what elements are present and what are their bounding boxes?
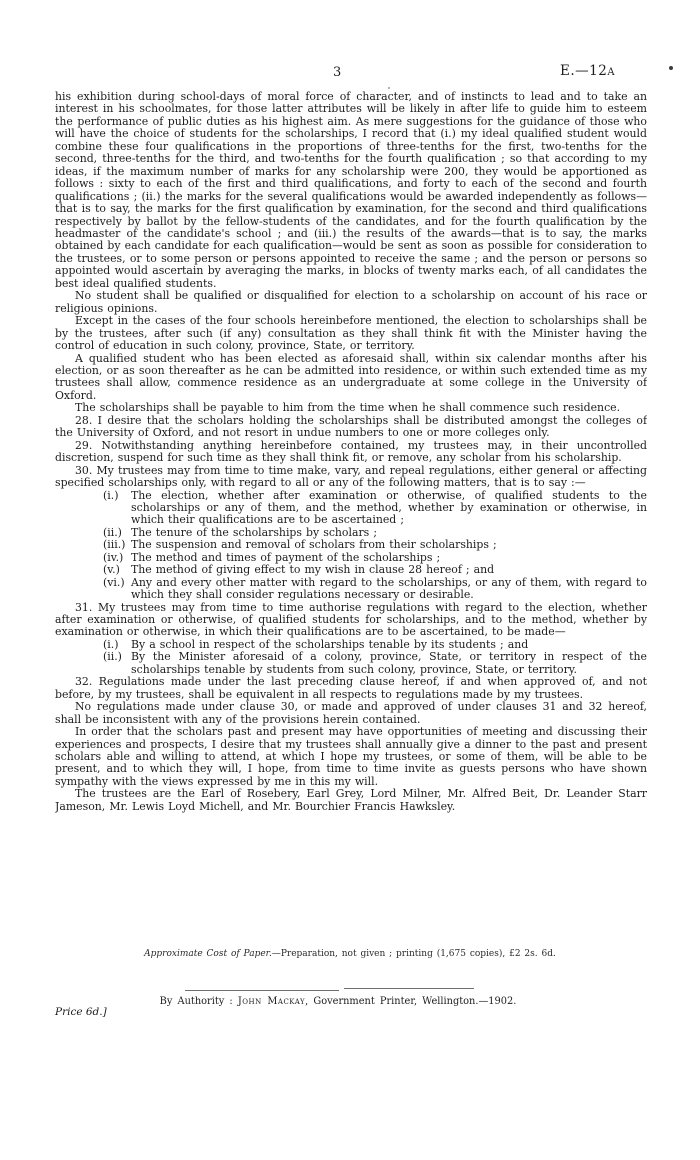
clause-text: The election, whether after examination … — [131, 489, 647, 527]
clause-numeral: (vi.) — [103, 577, 131, 589]
clause-numeral: (iii.) — [103, 539, 131, 551]
paragraph-clause-32: 32. Regulations made under the last prec… — [55, 676, 647, 701]
clause-text: The method and times of payment of the s… — [131, 551, 440, 564]
clause-text: By the Minister aforesaid of a colony, p… — [131, 650, 647, 675]
clause-text: By a school in respect of the scholarshi… — [131, 638, 528, 651]
paragraph-trustees: The trustees are the Earl of Rosebery, E… — [55, 788, 647, 813]
paragraph: his exhibition during school-days of mor… — [55, 91, 647, 290]
price-note: Price 6d.] — [55, 1006, 107, 1018]
imprint-rule-left — [185, 990, 339, 991]
cost-of-paper-note: Approximate Cost of Paper.—Preparation, … — [0, 949, 700, 959]
clause-numeral: (v.) — [103, 564, 131, 576]
body-text: his exhibition during school-days of mor… — [55, 91, 647, 813]
clause-numeral: (i.) — [103, 490, 131, 502]
clause-item: (vi.)Any and every other matter with reg… — [55, 577, 647, 602]
document-page: 3 E.—12A his exhibition during school-da… — [0, 0, 700, 1160]
clause-text: The tenure of the scholarships by schola… — [131, 526, 377, 539]
paragraph: No student shall be qualified or disqual… — [55, 290, 647, 315]
doc-reference-suffix: A — [607, 67, 614, 78]
authority-suffix: , Government Printer, Wellington.—1902. — [305, 996, 516, 1007]
ink-speck — [388, 87, 390, 89]
cost-of-paper-detail: —Preparation, not given ; printing (1,67… — [272, 949, 556, 959]
cost-of-paper-label: Approximate Cost of Paper. — [144, 949, 272, 959]
paragraph: Except in the cases of the four schools … — [55, 315, 647, 352]
doc-reference: E.—12A — [560, 63, 615, 79]
printer-name: John Mackay — [238, 996, 305, 1007]
doc-reference-main: E.—12 — [560, 63, 607, 79]
paragraph-clause-30: 30. My trustees may from time to time ma… — [55, 465, 647, 490]
paragraph-clause-28: 28. I desire that the scholars holding t… — [55, 415, 647, 440]
clause-item: (ii.)By the Minister aforesaid of a colo… — [55, 651, 647, 676]
clause-text: The suspension and removal of scholars f… — [131, 538, 497, 551]
imprint-rule-right — [344, 988, 474, 989]
paragraph: In order that the scholars past and pres… — [55, 726, 647, 788]
authority-prefix: By Authority : — [160, 996, 238, 1007]
paragraph-clause-29: 29. Notwithstanding anything hereinbefor… — [55, 440, 647, 465]
clause-numeral: (ii.) — [103, 651, 131, 663]
paragraph: The scholarships shall be payable to him… — [55, 402, 647, 414]
ink-speck — [669, 66, 673, 70]
paragraph-clause-31: 31. My trustees may from time to time au… — [55, 602, 647, 639]
paragraph: No regulations made under clause 30, or … — [55, 701, 647, 726]
clause-item: (i.)The election, whether after examinat… — [55, 490, 647, 527]
page-number: 3 — [333, 65, 341, 80]
clause-text: Any and every other matter with regard t… — [131, 576, 647, 601]
paragraph: A qualified student who has been elected… — [55, 353, 647, 403]
clause-text: The method of giving effect to my wish i… — [131, 563, 494, 576]
